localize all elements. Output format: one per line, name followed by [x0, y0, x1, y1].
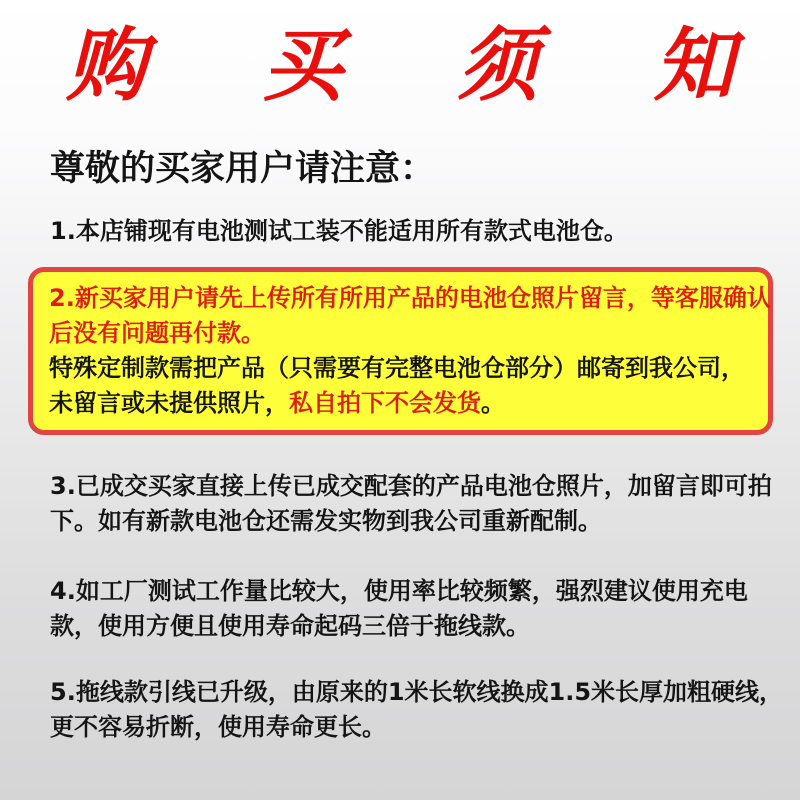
warning-box-red-line-2: 后没有问题再付款。 — [49, 316, 762, 351]
notice-point-3: 3.已成交买家直接上传已成交配套的产品电池仓照片，加留言即可拍 下。如有新款电池… — [50, 469, 770, 539]
notice-point-5: 5.拖线款引线已升级，由原来的1米长软线换成1.5米长厚加粗硬线， 更不容易折断… — [50, 675, 770, 745]
warning-box-red-line-1: 2.新买家用户请先上传所有所用产品的电池仓照片留言，等客服确认 — [49, 281, 762, 316]
warning-box-mixed-line: 未留言或未提供照片，私自拍下不会发货。 — [49, 386, 762, 421]
purchase-notice-page: 购 买 须 知 尊敬的买家用户请注意： 1.本店铺现有电池测试工装不能适用所有款… — [0, 0, 800, 800]
warning-box-mixed-line-prefix: 未留言或未提供照片， — [49, 389, 289, 417]
notice-point-1: 1.本店铺现有电池测试工装不能适用所有款式电池仓。 — [50, 214, 770, 249]
greeting-heading: 尊敬的买家用户请注意： — [50, 150, 800, 188]
notice-point-3-line-2: 下。如有新款电池仓还需发实物到我公司重新配制。 — [50, 504, 770, 539]
notice-point-5-line-2: 更不容易折断，使用寿命更长。 — [50, 710, 770, 745]
warning-box-black-line: 特殊定制款需把产品（只需要有完整电池仓部分）邮寄到我公司， — [49, 351, 762, 386]
notice-point-5-line-1: 5.拖线款引线已升级，由原来的1米长软线换成1.5米长厚加粗硬线， — [50, 675, 770, 710]
notice-point-4-line-2: 款，使用方便且使用寿命起码三倍于拖线款。 — [50, 609, 770, 644]
notice-point-1-text: 1.本店铺现有电池测试工装不能适用所有款式电池仓。 — [50, 217, 628, 245]
notice-point-3-line-1: 3.已成交买家直接上传已成交配套的产品电池仓照片，加留言即可拍 — [50, 469, 770, 504]
notice-point-4-line-1: 4.如工厂测试工作量比较大，使用率比较频繁，强烈建议使用充电 — [50, 574, 770, 609]
warning-box-mixed-line-suffix: 。 — [481, 389, 505, 417]
warning-box-mixed-line-red: 私自拍下不会发货 — [289, 389, 481, 417]
notice-point-4: 4.如工厂测试工作量比较大，使用率比较频繁，强烈建议使用充电 款，使用方便且使用… — [50, 574, 770, 644]
page-title: 购 买 须 知 — [0, 0, 800, 116]
highlight-warning-box: 2.新买家用户请先上传所有所用产品的电池仓照片留言，等客服确认 后没有问题再付款… — [28, 267, 773, 435]
